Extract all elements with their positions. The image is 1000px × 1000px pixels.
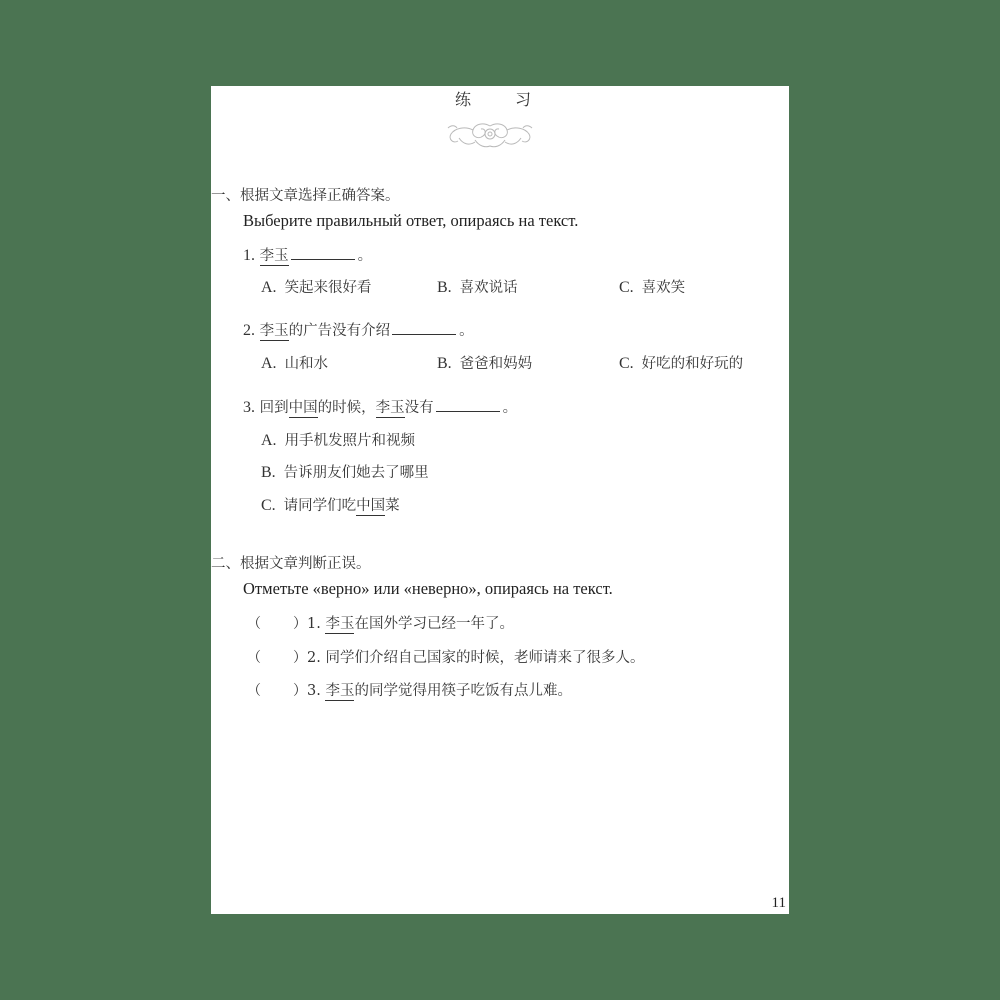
underlined-place: 中国 bbox=[289, 400, 318, 418]
answer-blank bbox=[392, 320, 456, 335]
question-3: 3. 回到中国的时候，李玉没有。 bbox=[243, 396, 517, 417]
q2-option-a[interactable]: A.山和水 bbox=[261, 352, 328, 373]
q2-option-c[interactable]: C.好吃的和好玩的 bbox=[619, 352, 743, 373]
true-false-item-3[interactable]: （）3. 李玉的同学觉得用筷子吃饭有点儿难。 bbox=[247, 679, 572, 700]
answer-blank bbox=[436, 397, 500, 412]
q1-option-c[interactable]: C.喜欢笑 bbox=[619, 276, 685, 297]
underlined-name: 李玉 bbox=[260, 323, 289, 341]
true-false-item-2[interactable]: （）2. 同学们介绍自己国家的时候，老师请来了很多人。 bbox=[247, 646, 644, 667]
underlined-name: 李玉 bbox=[376, 400, 405, 418]
section-2-heading: 二、根据文章判断正误。 bbox=[211, 552, 371, 573]
worksheet-page: 练 习 一、根据文章选择正确答案。 Выберите правильный от… bbox=[211, 86, 789, 914]
page-number: 11 bbox=[772, 895, 786, 912]
section-2-instruction: Отметьте «верно» или «неверно», опираясь… bbox=[243, 579, 613, 599]
q1-option-b[interactable]: B.喜欢说话 bbox=[437, 276, 518, 297]
q1-option-a[interactable]: A.笑起来很好看 bbox=[261, 276, 372, 297]
section-1-instruction: Выберите правильный ответ, опираясь на т… bbox=[243, 211, 578, 231]
q3-option-a[interactable]: A.用手机发照片和视频 bbox=[261, 429, 415, 450]
floral-ornament-icon bbox=[445, 120, 535, 152]
underlined-name: 李玉 bbox=[260, 248, 289, 266]
question-1: 1. 李玉。 bbox=[243, 244, 372, 265]
answer-blank bbox=[291, 245, 355, 260]
question-2: 2. 李玉的广告没有介绍。 bbox=[243, 319, 474, 340]
q3-option-b[interactable]: B.告诉朋友们她去了哪里 bbox=[261, 461, 429, 482]
q3-option-c[interactable]: C.请同学们吃中国菜 bbox=[261, 494, 400, 515]
q2-option-b[interactable]: B.爸爸和妈妈 bbox=[437, 352, 532, 373]
page-title: 练 习 bbox=[211, 87, 789, 110]
true-false-item-1[interactable]: （）1. 李玉在国外学习已经一年了。 bbox=[247, 612, 514, 633]
section-1-heading: 一、根据文章选择正确答案。 bbox=[211, 184, 400, 205]
